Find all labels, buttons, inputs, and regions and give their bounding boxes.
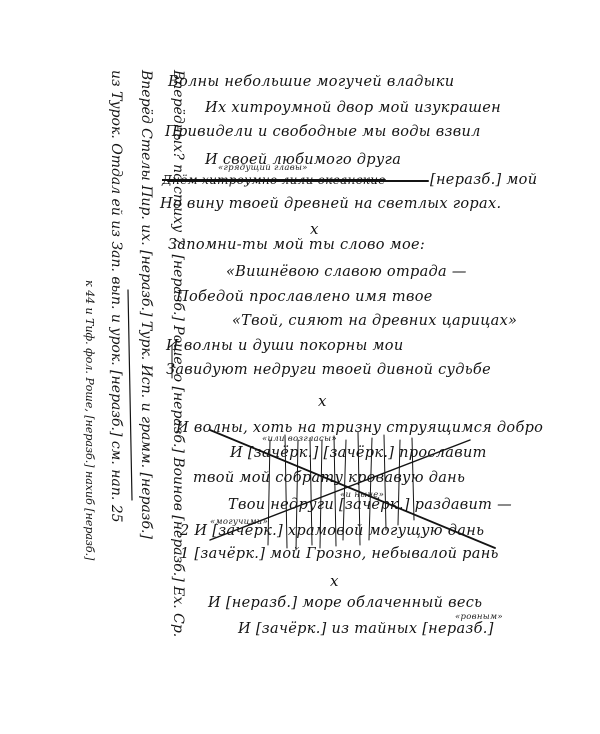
insertion-note: «грядущий главы» [218,163,308,173]
section-divider: х [318,392,326,410]
crossed-verse-line: И [зачёрк.] [зачёрк.] прославит [230,445,487,461]
verse-line: И [неразб.] море облаченный весь [208,595,482,611]
crossed-verse-line: Твои недруги [зачёрк.] раздавит — [228,497,512,513]
manuscript-page: Вперёдных? по стиху 7. [неразб.] Роше, о… [0,0,600,734]
crossed-verse-line: 2 И [зачёрк.] храмовой могущую дань [180,523,484,539]
verse-line: Победой прославлено имя твое [176,289,433,305]
verse-line: Запомни-ты мой ты слово мое: [168,237,425,253]
verse-line: Волны небольшие могучей владыки [168,74,454,90]
margin-notes: Вперёдных? по стиху 7. [неразб.] Роше, о… [68,70,188,720]
struck-text: Днём хитроумно лили океанские [162,173,386,187]
verse-line: Привидели и свободные мы воды взвил [165,124,481,140]
crossed-verse-line: твой мой собрату кровавую дань [193,470,465,486]
crossed-verse-line: И волны, хоть на тризну струящимся добро [176,420,543,436]
verse-line: «Твой, сияют на древних царицах» [232,313,517,329]
insertion-note: «или возгласы» [262,434,337,444]
verse-line: «Вишнёвою славою отрада — [226,264,467,280]
margin-note-line: к 44 и Тиф. фол. Роше, [неразб.] нахиб [… [83,280,96,560]
verse-line: [неразб.] мой [430,172,537,188]
verse-line: И [зачёрк.] из тайных [неразб.] [238,621,494,637]
verse-line: Завидуют недруги твоей дивной судьбе [166,362,491,378]
verse-line: Но вину твоей древней на светлых горах. [160,196,501,212]
verse-line: Их хитроумной двор мой изукрашен [205,100,501,116]
crossed-verse-line: 1 [зачёрк.] мой Грозно, небывалой рань [180,546,499,562]
section-divider: х [330,572,338,590]
margin-note-line: Вперёд Стелы Пир. их. [неразб.] Турк. Ис… [138,70,154,539]
margin-note-line: из Турок. Отдал ей из Зап. вып. и урок. … [108,70,124,523]
verse-line: И волны и души покорны мои [166,338,403,354]
section-divider: х [310,220,318,238]
